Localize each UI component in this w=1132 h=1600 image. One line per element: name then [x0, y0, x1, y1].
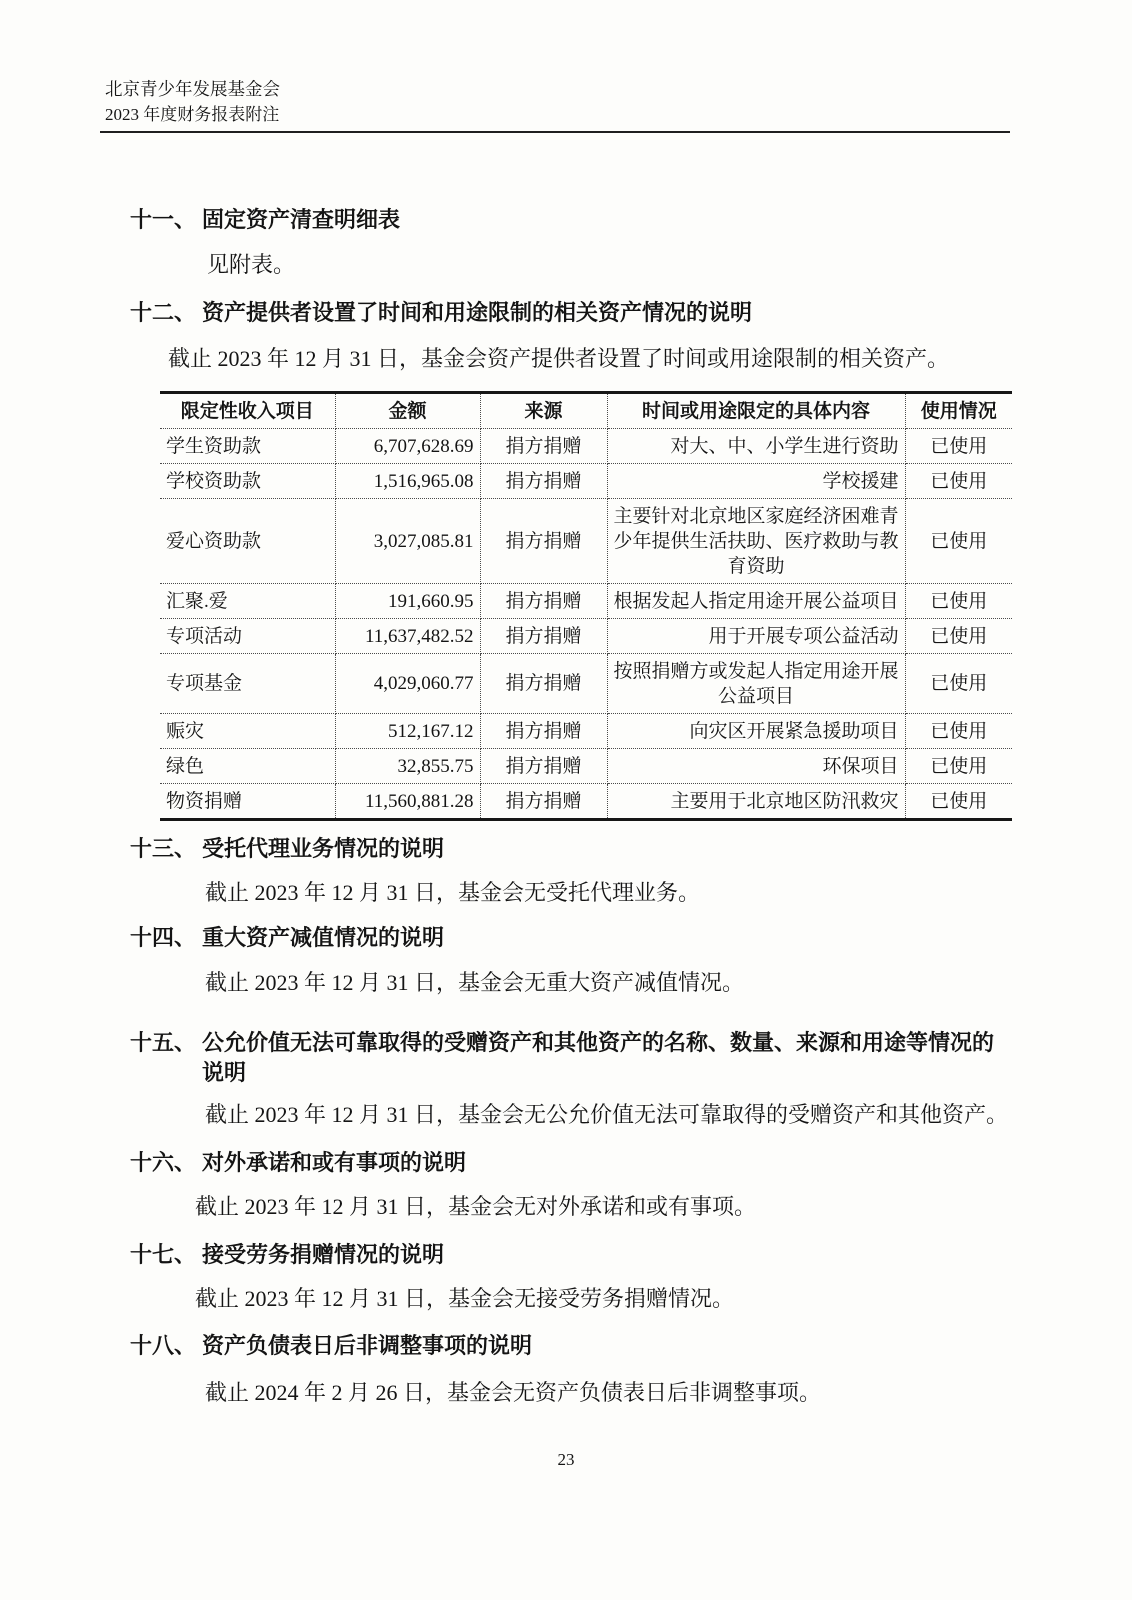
table-header-cell: 使用情况: [905, 393, 1012, 429]
table-cell: 32,855.75: [335, 749, 480, 784]
table-cell: 用于开展专项公益活动: [607, 619, 905, 654]
section-12-heading: 十二、 资产提供者设置了时间和用途限制的相关资产情况的说明: [130, 298, 752, 328]
section-title: 固定资产清查明细表: [202, 205, 400, 235]
header-rule: [100, 131, 1010, 133]
section-number: 十八、: [130, 1331, 202, 1361]
table-cell: 绿色: [160, 749, 335, 784]
table-cell: 捐方捐赠: [480, 654, 607, 714]
table-cell: 对大、中、小学生进行资助: [607, 429, 905, 464]
section-number: 十五、: [130, 1028, 202, 1058]
section-title: 受托代理业务情况的说明: [202, 834, 444, 864]
table-cell: 捐方捐赠: [480, 499, 607, 584]
table-header-cell: 金额: [335, 393, 480, 429]
org-name: 北京青少年发展基金会: [105, 76, 280, 102]
table-row: 汇聚.爱191,660.95捐方捐赠根据发起人指定用途开展公益项目已使用: [160, 584, 1012, 619]
section-number: 十二、: [130, 298, 202, 328]
table-head: 限定性收入项目 金额 来源 时间或用途限定的具体内容 使用情况: [160, 393, 1012, 429]
table-cell: 物资捐赠: [160, 784, 335, 820]
table-cell: 学校资助款: [160, 464, 335, 499]
table-cell: 捐方捐赠: [480, 714, 607, 749]
table-cell: 根据发起人指定用途开展公益项目: [607, 584, 905, 619]
table-cell: 环保项目: [607, 749, 905, 784]
restricted-income-table-body: 学生资助款6,707,628.69捐方捐赠对大、中、小学生进行资助已使用学校资助…: [160, 429, 1012, 820]
table-cell: 已使用: [905, 584, 1012, 619]
table-cell: 已使用: [905, 499, 1012, 584]
document-page: 北京青少年发展基金会 2023 年度财务报表附注 十一、 固定资产清查明细表 见…: [0, 0, 1132, 1600]
table-cell: 汇聚.爱: [160, 584, 335, 619]
table-cell: 捐方捐赠: [480, 584, 607, 619]
table-header-cell: 来源: [480, 393, 607, 429]
section-13-body: 截止 2023 年 12 月 31 日，基金会无受托代理业务。: [205, 878, 700, 908]
section-title: 资产负债表日后非调整事项的说明: [202, 1331, 532, 1361]
table-cell: 1,516,965.08: [335, 464, 480, 499]
doc-header: 北京青少年发展基金会 2023 年度财务报表附注: [105, 76, 280, 128]
section-14-heading: 十四、 重大资产减值情况的说明: [130, 923, 444, 953]
section-title: 资产提供者设置了时间和用途限制的相关资产情况的说明: [202, 298, 752, 328]
section-18-body: 截止 2024 年 2 月 26 日，基金会无资产负债表日后非调整事项。: [205, 1378, 821, 1408]
table-cell: 11,637,482.52: [335, 619, 480, 654]
table-cell: 向灾区开展紧急援助项目: [607, 714, 905, 749]
restricted-assets-table-wrap: 限定性收入项目 金额 来源 时间或用途限定的具体内容 使用情况 学生资助款6,7…: [160, 391, 1012, 821]
section-15-body: 截止 2023 年 12 月 31 日，基金会无公允价值无法可靠取得的受赠资产和…: [205, 1100, 1008, 1130]
table-cell: 专项活动: [160, 619, 335, 654]
table-cell: 191,660.95: [335, 584, 480, 619]
table-cell: 已使用: [905, 619, 1012, 654]
table-row: 学校资助款1,516,965.08捐方捐赠学校援建已使用: [160, 464, 1012, 499]
section-title: 公允价值无法可靠取得的受赠资产和其他资产的名称、数量、来源和用途等情况的说明: [202, 1028, 1002, 1088]
section-number: 十六、: [130, 1148, 202, 1178]
table-row: 专项基金4,029,060.77捐方捐赠按照捐赠方或发起人指定用途开展公益项目已…: [160, 654, 1012, 714]
section-title: 对外承诺和或有事项的说明: [202, 1148, 466, 1178]
table-cell: 学生资助款: [160, 429, 335, 464]
section-title: 接受劳务捐赠情况的说明: [202, 1240, 444, 1270]
table-cell: 已使用: [905, 654, 1012, 714]
table-cell: 6,707,628.69: [335, 429, 480, 464]
section-11-body: 见附表。: [207, 250, 295, 280]
table-cell: 捐方捐赠: [480, 429, 607, 464]
table-header-row: 限定性收入项目 金额 来源 时间或用途限定的具体内容 使用情况: [160, 393, 1012, 429]
section-14-body: 截止 2023 年 12 月 31 日，基金会无重大资产减值情况。: [205, 968, 744, 998]
section-12-body: 截止 2023 年 12 月 31 日，基金会资产提供者设置了时间或用途限制的相…: [168, 344, 949, 374]
table-cell: 512,167.12: [335, 714, 480, 749]
section-16-heading: 十六、 对外承诺和或有事项的说明: [130, 1148, 466, 1178]
table-cell: 爱心资助款: [160, 499, 335, 584]
table-cell: 3,027,085.81: [335, 499, 480, 584]
table-cell: 捐方捐赠: [480, 749, 607, 784]
section-11-heading: 十一、 固定资产清查明细表: [130, 205, 400, 235]
doc-subtitle: 2023 年度财务报表附注: [105, 102, 280, 128]
section-number: 十七、: [130, 1240, 202, 1270]
table-cell: 已使用: [905, 784, 1012, 820]
section-number: 十一、: [130, 205, 202, 235]
table-cell: 主要用于北京地区防汛救灾: [607, 784, 905, 820]
table-cell: 按照捐赠方或发起人指定用途开展公益项目: [607, 654, 905, 714]
restricted-assets-table: 限定性收入项目 金额 来源 时间或用途限定的具体内容 使用情况 学生资助款6,7…: [160, 391, 1012, 821]
table-cell: 赈灾: [160, 714, 335, 749]
section-15-heading: 十五、 公允价值无法可靠取得的受赠资产和其他资产的名称、数量、来源和用途等情况的…: [130, 1028, 1002, 1088]
section-16-body: 截止 2023 年 12 月 31 日，基金会无对外承诺和或有事项。: [195, 1192, 756, 1222]
table-cell: 已使用: [905, 429, 1012, 464]
table-header-cell: 时间或用途限定的具体内容: [607, 393, 905, 429]
table-cell: 捐方捐赠: [480, 784, 607, 820]
section-number: 十四、: [130, 923, 202, 953]
section-17-body: 截止 2023 年 12 月 31 日，基金会无接受劳务捐赠情况。: [195, 1284, 734, 1314]
table-cell: 捐方捐赠: [480, 464, 607, 499]
table-cell: 专项基金: [160, 654, 335, 714]
table-cell: 主要针对北京地区家庭经济困难青少年提供生活扶助、医疗救助与教育资助: [607, 499, 905, 584]
table-cell: 学校援建: [607, 464, 905, 499]
section-13-heading: 十三、 受托代理业务情况的说明: [130, 834, 444, 864]
table-row: 物资捐赠11,560,881.28捐方捐赠主要用于北京地区防汛救灾已使用: [160, 784, 1012, 820]
table-row: 爱心资助款3,027,085.81捐方捐赠主要针对北京地区家庭经济困难青少年提供…: [160, 499, 1012, 584]
section-title: 重大资产减值情况的说明: [202, 923, 444, 953]
table-row: 学生资助款6,707,628.69捐方捐赠对大、中、小学生进行资助已使用: [160, 429, 1012, 464]
table-header-cell: 限定性收入项目: [160, 393, 335, 429]
section-number: 十三、: [130, 834, 202, 864]
table-cell: 11,560,881.28: [335, 784, 480, 820]
table-row: 绿色32,855.75捐方捐赠环保项目已使用: [160, 749, 1012, 784]
table-row: 赈灾512,167.12捐方捐赠向灾区开展紧急援助项目已使用: [160, 714, 1012, 749]
page-number: 23: [0, 1450, 1132, 1470]
table-cell: 已使用: [905, 464, 1012, 499]
section-17-heading: 十七、 接受劳务捐赠情况的说明: [130, 1240, 444, 1270]
table-cell: 4,029,060.77: [335, 654, 480, 714]
table-cell: 已使用: [905, 749, 1012, 784]
table-cell: 已使用: [905, 714, 1012, 749]
table-cell: 捐方捐赠: [480, 619, 607, 654]
section-18-heading: 十八、 资产负债表日后非调整事项的说明: [130, 1331, 532, 1361]
table-row: 专项活动11,637,482.52捐方捐赠用于开展专项公益活动已使用: [160, 619, 1012, 654]
